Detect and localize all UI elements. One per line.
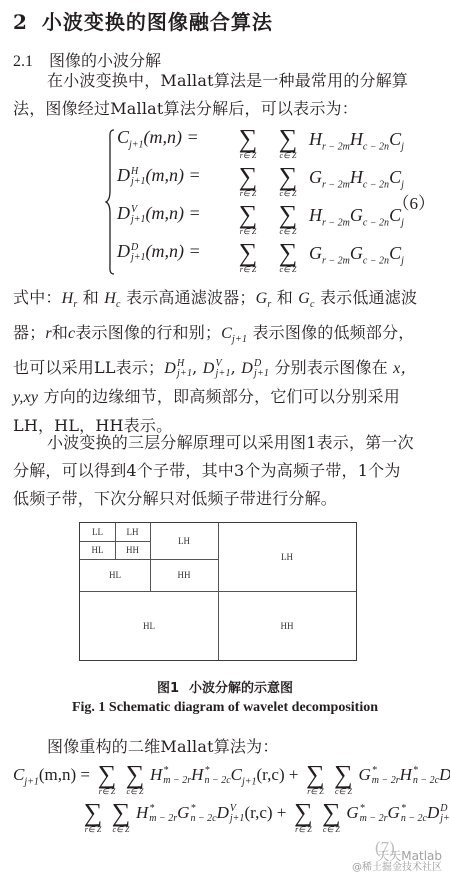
equation-7-line-2: ∑r∈ Z ∑c∈ Z H*m − 2rG*n − 2cDVj+1(r,c) +… (80, 801, 450, 834)
subband-hl1: HL (80, 591, 218, 660)
equation-number: （6） (393, 189, 436, 214)
sum-symbol: ∑c∈ Z (269, 203, 307, 236)
paragraph-notation: 式中：Hr 和 Hc 表示高通滤波器；Gr 和 Gc 表示低通滤波 器；r和c表… (13, 284, 438, 440)
paragraph-line: 器；r和c表示图像的行和别；Cj+1 表示图像的低频部分， (13, 319, 438, 354)
sum-symbol: ∑r∈ Z (229, 165, 267, 198)
equation-row: DVj+1(m,n) = ∑r∈ Z ∑c∈ Z Hr − 2mGc − 2nC… (117, 203, 404, 239)
equation-row: DHj+1(m,n) = ∑r∈ Z ∑c∈ Z Gr − 2mHc − 2nC… (117, 165, 404, 201)
sum-symbol: ∑c∈ Z (122, 763, 148, 796)
paragraph-line: 法，图像经过Mallat算法分解后，可以表示为： (13, 95, 438, 123)
sum-symbol: ∑r∈ Z (229, 241, 267, 274)
subband-lh2: LH (150, 523, 218, 559)
sum-symbol: ∑r∈ Z (302, 763, 328, 796)
subband-hh1: HH (218, 591, 356, 660)
divider (80, 541, 150, 542)
paragraph-line: 分解，可以得到4个子带，其中3个为高频子带，1个为 (13, 457, 438, 485)
equation-row: Cj+1(m,n) = ∑r∈ Z ∑c∈ Z Hr − 2mHc − 2nCj (117, 127, 404, 163)
equation-row: DDj+1(m,n) = ∑r∈ Z ∑c∈ Z Gr − 2mGc − 2nC… (117, 241, 404, 277)
equation-7-line-1: Cj+1(m,n) = ∑r∈ Z ∑c∈ Z H*m − 2rH*n − 2c… (13, 763, 450, 796)
figure-caption-english: Fig. 1 Schematic diagram of wavelet deco… (0, 700, 450, 716)
paragraph-intro: 在小波变换中，Mallat算法是一种最常用的分解算 法，图像经过Mallat算法… (13, 67, 438, 123)
paragraph-line: 在小波变换中，Mallat算法是一种最常用的分解算 (13, 67, 438, 95)
sum-symbol: ∑c∈ Z (269, 165, 307, 198)
watermark: 天天Matlab @稀土掘金技术社区 (352, 850, 442, 874)
watermark-channel: 天天Matlab (352, 850, 442, 862)
divider (150, 523, 151, 591)
sum-symbol: ∑c∈ Z (269, 241, 307, 274)
paragraph-reconstruction: 图像重构的二维Mallat算法为： (13, 733, 438, 761)
subband-hh3: HH (115, 541, 150, 559)
sum-symbol: ∑c∈ Z (330, 763, 356, 796)
subband-lh1: LH (218, 523, 356, 591)
paragraph-line: 也可以采用LL表示；DHj+1, DVj+1, DDj+1 分别表示图像在 x， (13, 354, 438, 383)
paragraph-line: 小波变换的三层分解原理可以采用图1表示，第一次 (13, 429, 438, 457)
paragraph-line: y,xy 方向的边缘细节，即高频部分，它们可以分别采用 (13, 383, 438, 412)
sum-symbol: ∑c∈ Z (108, 801, 134, 834)
wavelet-decomposition-figure: LL LH HL HH LH HL HH LH HL HH (79, 522, 357, 661)
sum-symbol: ∑r∈ Z (229, 203, 267, 236)
left-brace-icon (105, 129, 115, 275)
subband-lh3: LH (115, 523, 150, 541)
equation-6: Cj+1(m,n) = ∑r∈ Z ∑c∈ Z Hr − 2mHc − 2nCj… (103, 127, 443, 277)
watermark-site: @稀土掘金技术社区 (352, 862, 442, 874)
sum-symbol: ∑r∈ Z (290, 801, 316, 834)
sum-symbol: ∑c∈ Z (318, 801, 344, 834)
paragraph-decomposition: 小波变换的三层分解原理可以采用图1表示，第一次 分解，可以得到4个子带，其中3个… (13, 429, 438, 513)
paragraph-line: 图像重构的二维Mallat算法为： (13, 733, 438, 761)
subband-hl2: HL (80, 559, 150, 591)
subband-ll3: LL (80, 523, 115, 541)
section-heading: 2小波变换的图像融合算法 (13, 6, 273, 35)
divider (80, 591, 356, 592)
section-title: 小波变换的图像融合算法 (42, 10, 273, 34)
figure-caption-chinese: 图1小波分解的示意图 (0, 677, 450, 696)
sum-symbol: ∑r∈ Z (94, 763, 120, 796)
section-number: 2 (13, 10, 28, 34)
sum-symbol: ∑r∈ Z (80, 801, 106, 834)
paragraph-line: 低频子带，下次分解只对低频子带进行分解。 (13, 485, 438, 513)
subband-hl3: HL (80, 541, 115, 559)
subband-hh2: HH (150, 559, 218, 591)
sum-symbol: ∑c∈ Z (269, 127, 307, 160)
divider (80, 559, 218, 560)
paragraph-line: 式中：Hr 和 Hc 表示高通滤波器；Gr 和 Gc 表示低通滤波 (13, 284, 438, 319)
sum-symbol: ∑r∈ Z (229, 127, 267, 160)
